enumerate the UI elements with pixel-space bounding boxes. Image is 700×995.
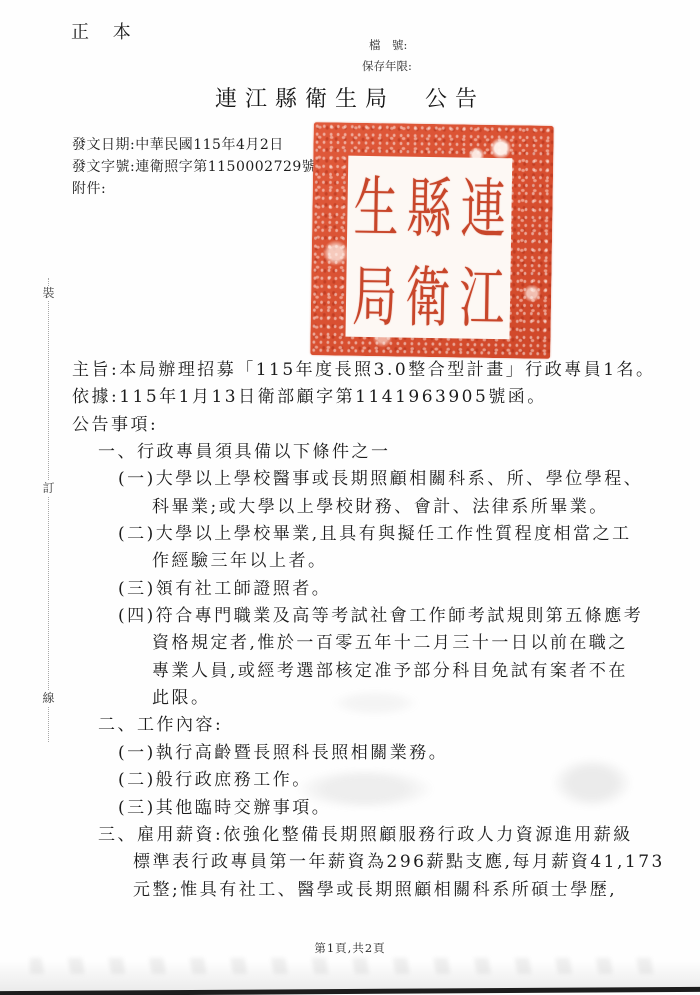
file-no-label: 檔 號:: [362, 35, 412, 56]
body-line: 公告事項:: [72, 412, 700, 439]
official-seal-inner: 連 江 縣 衛 生 局: [345, 156, 512, 340]
meta-block: 發文日期:中華民國115年4月2日 發文字號:連衛照字第1150002729號 …: [72, 134, 316, 200]
body-lines: 主旨:本局辦理招募「115年度長照3.0整合型計畫」行政專員1名。依據:115年…: [0, 357, 700, 904]
body-line: 三、雇用薪資:依強化整備長期照顧服務行政人力資源進用薪級: [98, 822, 700, 849]
footer-page-number: 第1頁,共2頁: [0, 940, 700, 956]
issue-date-line: 發文日期:中華民國115年4月2日: [72, 134, 316, 156]
attachment-line: 附件:: [72, 178, 316, 200]
body-line: (三)領有社工師證照者。: [118, 576, 700, 603]
document-title: 連江縣衛生局 公告: [0, 82, 700, 113]
binding-mark-xian: 線: [41, 691, 56, 706]
body-line: 一、行政專員須具備以下條件之一: [98, 439, 700, 466]
copy-label: 正 本: [71, 18, 140, 44]
body-line: 此限。: [152, 685, 700, 712]
body-line: (四)符合專門職業及高等考試社會工作師考試規則第五條應考: [118, 603, 700, 630]
document-page: 正 本 檔 號: 保存年限: 連江縣衛生局 公告 發文日期:中華民國115年4月…: [0, 0, 700, 995]
body-line: 主旨:本局辦理招募「115年度長照3.0整合型計畫」行政專員1名。: [72, 357, 700, 384]
body-line: (一)執行高齡暨長照科長照相關業務。: [118, 740, 700, 767]
binding-mark-zhuang: 裝: [41, 286, 56, 301]
binding-dotted-line: [48, 278, 49, 742]
body-line: 專業人員,或經考選部核定准予部分科目免試有案者不在: [152, 658, 700, 685]
body-line: 科畢業;或大學以上學校財務、會計、法律系所畢業。: [152, 494, 700, 521]
official-seal: 連 江 縣 衛 生 局: [310, 122, 554, 359]
body-line: (二)般行政庶務工作。: [118, 767, 700, 794]
body-line: 依據:115年1月13日衛部顧字第1141963905號函。: [72, 384, 700, 411]
seal-char: 江: [453, 226, 509, 360]
body-line: (一)大學以上學校醫事或長期照顧相關科系、所、學位學程、: [118, 466, 700, 493]
file-header-block: 檔 號: 保存年限:: [362, 35, 412, 77]
seal-column: 生 局: [348, 158, 404, 336]
seal-column: 連 江: [454, 159, 510, 337]
body-line: 作經驗三年以上者。: [152, 548, 700, 575]
body-line: 元整;惟具有社工、醫學或長期照顧相關科系所碩士學歷,: [133, 877, 700, 904]
body-line: 資格規定者,惟於一百零五年十二月三十一日以前在職之: [152, 630, 700, 657]
binding-mark-ding: 訂: [41, 481, 56, 496]
body-line: (三)其他臨時交辦事項。: [118, 795, 700, 822]
body-line: 標準表行政專員第一年薪資為296薪點支應,每月薪資41,173: [133, 849, 700, 876]
body-line: 二、工作內容:: [98, 712, 700, 739]
body-line: (二)大學以上學校畢業,且具有與擬任工作性質程度相當之工: [118, 521, 700, 548]
retention-label: 保存年限:: [362, 56, 412, 77]
seal-char: 局: [347, 224, 403, 358]
seal-char: 衛: [400, 225, 456, 359]
seal-column: 縣 衛: [401, 159, 457, 337]
issue-number-line: 發文字號:連衛照字第1150002729號: [72, 156, 316, 178]
